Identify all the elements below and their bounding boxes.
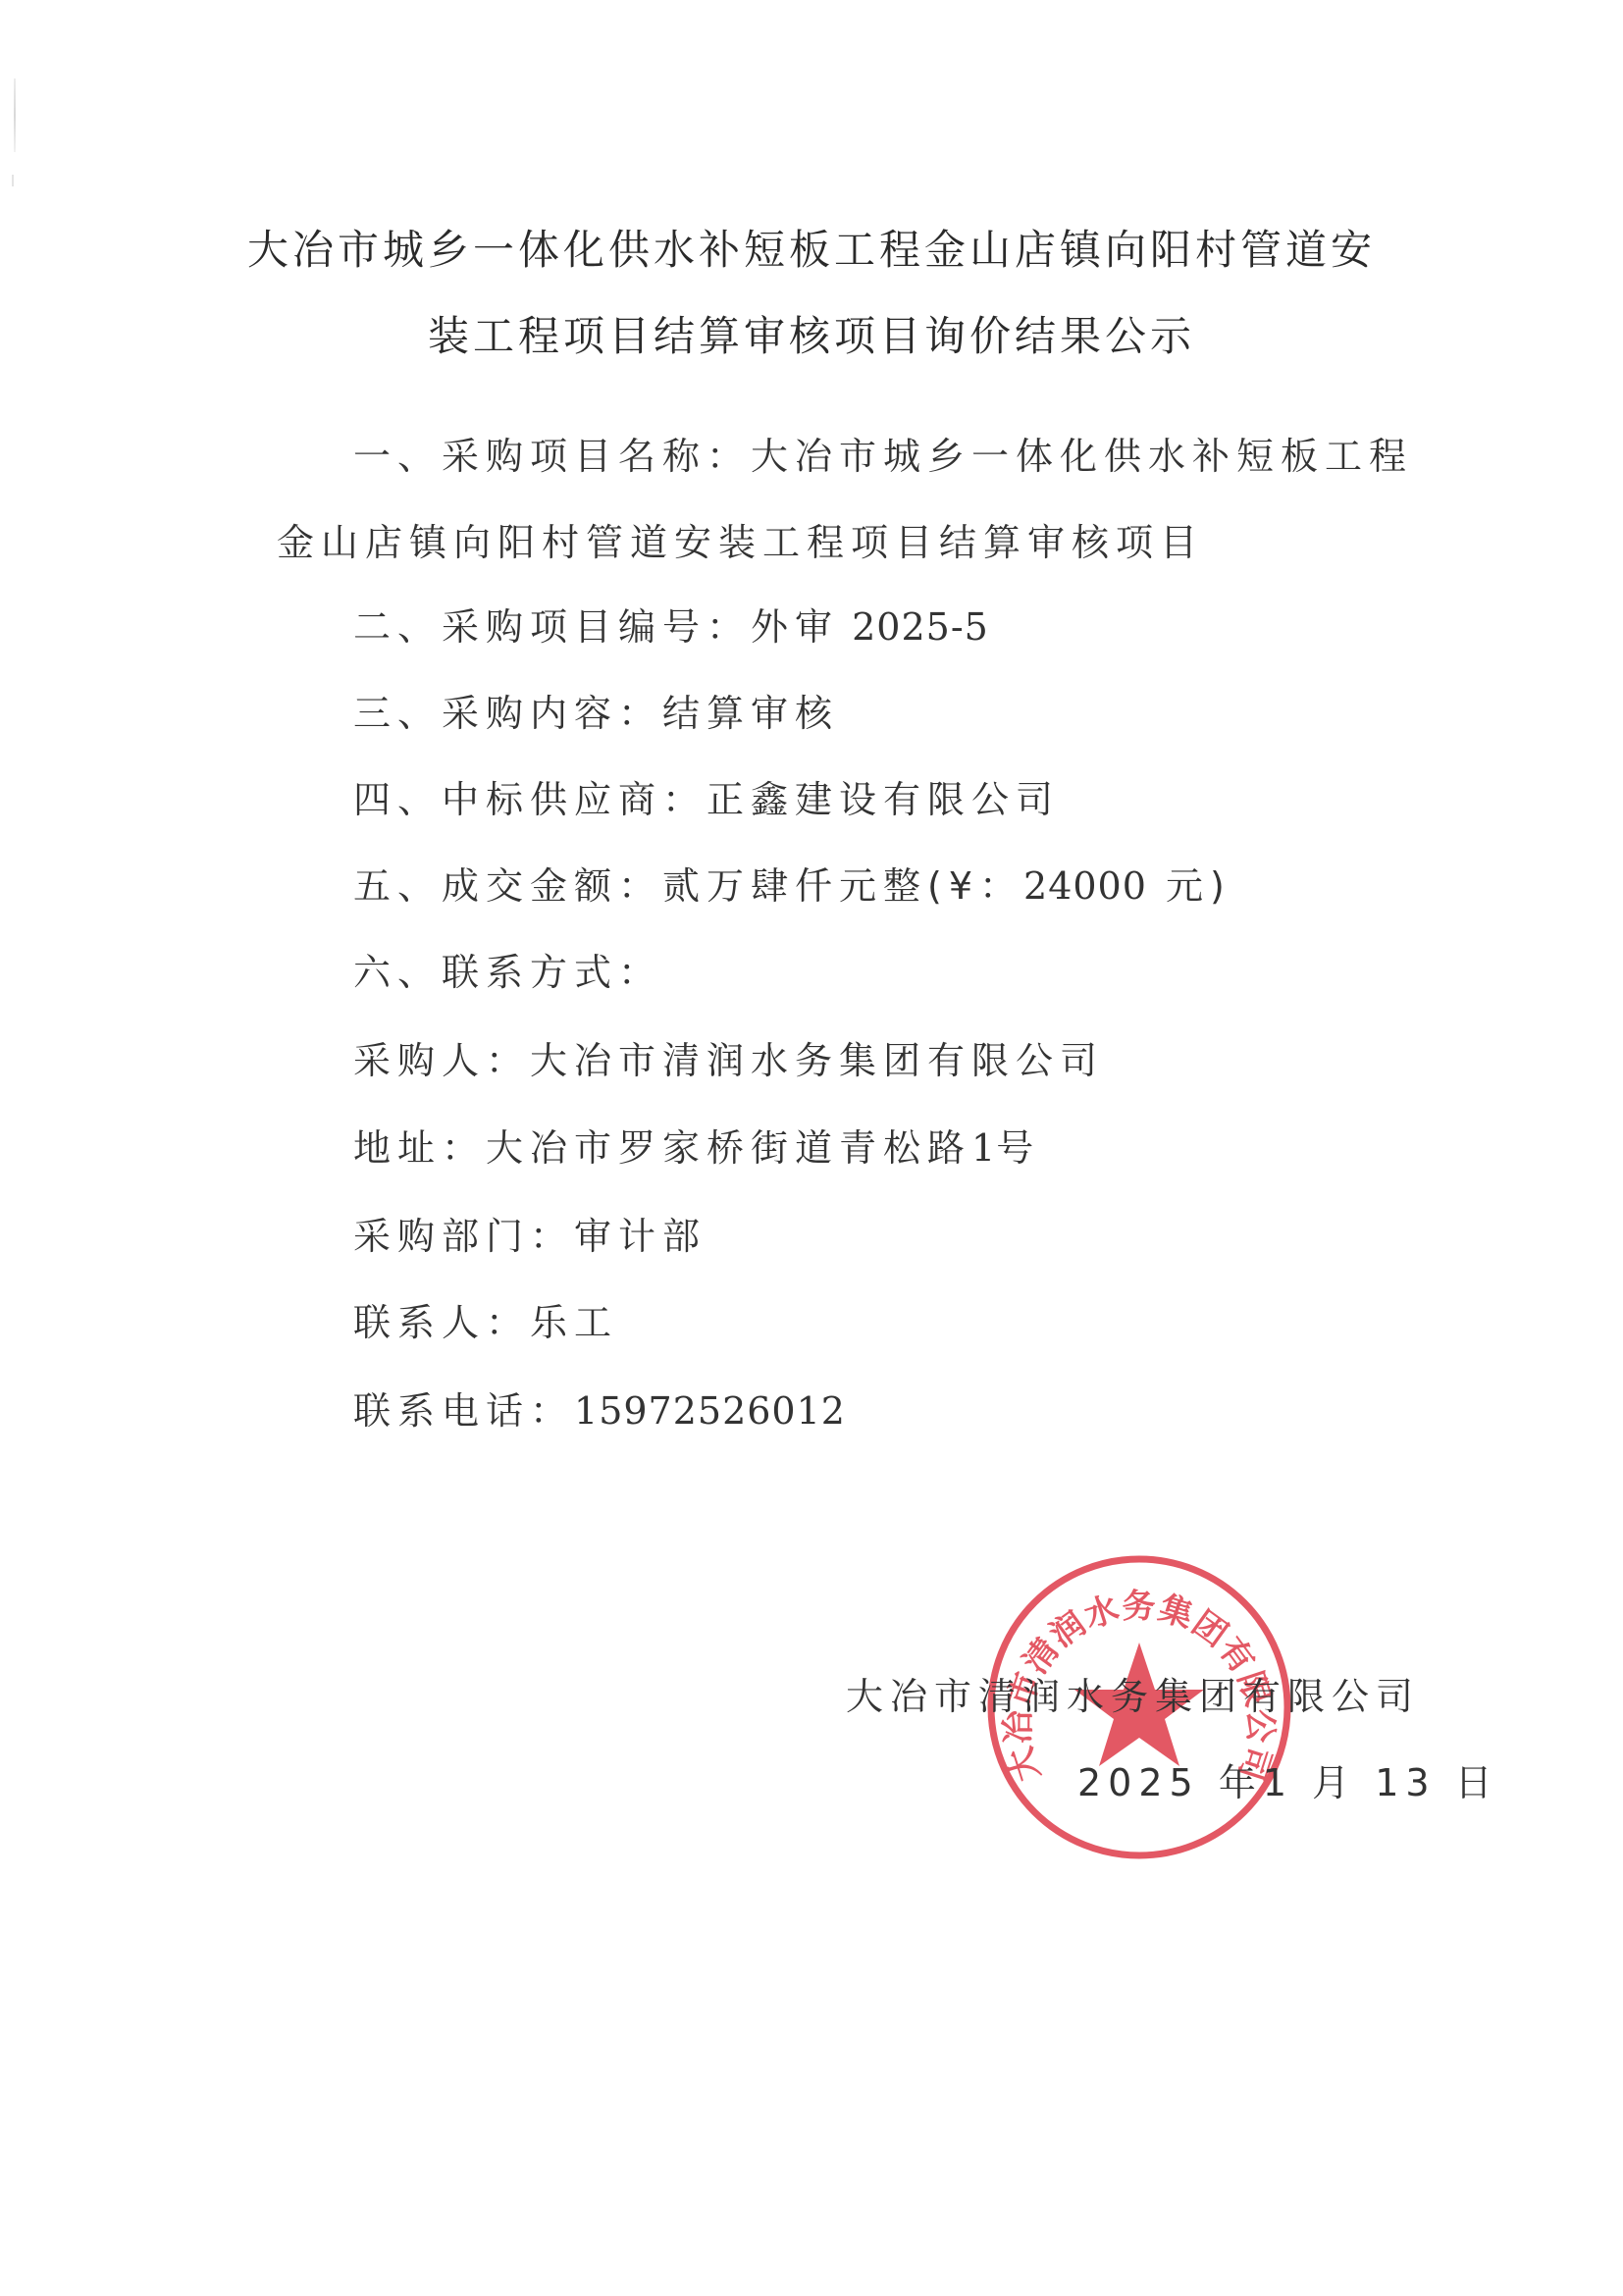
contact-label: 地址：	[353, 1126, 486, 1170]
item-value-number: 2025-5	[839, 605, 989, 649]
contact-value-suffix: 号	[996, 1126, 1040, 1170]
signature-organization: 大冶市清润水务集团有限公司	[846, 1678, 1420, 1715]
document-title-line-2: 装工程项目结算审核项目询价结果公示	[0, 304, 1623, 363]
document-title-line-1: 大冶市城乡一体化供水补短板工程金山店镇向阳村管道安	[0, 218, 1623, 277]
item-transaction-amount: 五、成交金额：贰万肆仟元整(¥：24000 元)	[353, 867, 1231, 905]
contact-purchaser: 采购人：大冶市清润水务集团有限公司	[353, 1042, 1104, 1079]
contact-phone: 联系电话：15972526012	[353, 1392, 846, 1430]
date-day-unit: 日	[1455, 1761, 1499, 1804]
item-value: 外审	[751, 605, 839, 649]
contact-label: 联系电话：	[353, 1389, 574, 1433]
item-label: 一、采购项目名称：	[353, 435, 751, 478]
item-winning-supplier: 四、中标供应商：正鑫建设有限公司	[353, 781, 1060, 818]
date-year: 2025	[1077, 1761, 1200, 1804]
contact-person: 联系人：乐工	[353, 1304, 618, 1341]
item-value: 正鑫建设有限公司	[707, 778, 1060, 821]
contact-value-number: 15972526012	[574, 1389, 846, 1433]
item-project-number: 二、采购项目编号：外审 2025-5	[353, 608, 989, 646]
contact-value: 乐工	[530, 1301, 618, 1344]
contact-value-number: 1	[971, 1126, 996, 1170]
date-month-unit: 月	[1312, 1761, 1356, 1804]
item-project-name-continuation: 金山店镇向阳村管道安装工程项目结算审核项目	[277, 524, 1204, 561]
contact-address: 地址：大冶市罗家桥街道青松路1号	[353, 1129, 1040, 1167]
item-contact-method: 六、联系方式：	[353, 954, 662, 991]
item-label: 六、联系方式：	[353, 951, 662, 994]
scan-artifact	[12, 175, 14, 186]
contact-value: 大冶市罗家桥街道青松路	[486, 1126, 971, 1170]
signature-date: 2025 年1 月 13 日	[1077, 1764, 1499, 1801]
item-value-suffix: 元)	[1147, 864, 1231, 908]
contact-value: 大冶市清润水务集团有限公司	[530, 1039, 1104, 1082]
item-label: 三、采购内容：	[353, 692, 662, 735]
item-value-number: 24000	[1023, 864, 1147, 908]
contact-value: 审计部	[574, 1215, 707, 1258]
contact-label: 采购人：	[353, 1039, 530, 1082]
date-year-unit: 年	[1219, 1761, 1263, 1804]
date-month: 1	[1263, 1761, 1293, 1804]
contact-label: 联系人：	[353, 1301, 530, 1344]
contact-label: 采购部门：	[353, 1215, 574, 1258]
item-label: 四、中标供应商：	[353, 778, 707, 821]
item-value: 贰万肆仟元整(¥：	[662, 864, 1023, 908]
item-procurement-content: 三、采购内容：结算审核	[353, 695, 839, 732]
item-value: 大冶市城乡一体化供水补短板工程	[751, 435, 1413, 478]
item-project-name: 一、采购项目名称：大冶市城乡一体化供水补短板工程	[353, 438, 1413, 475]
contact-department: 采购部门：审计部	[353, 1218, 707, 1255]
item-label: 二、采购项目编号：	[353, 605, 751, 649]
document-page: 大冶市城乡一体化供水补短板工程金山店镇向阳村管道安 装工程项目结算审核项目询价结…	[0, 0, 1623, 2296]
item-value: 结算审核	[662, 692, 839, 735]
date-day: 13	[1375, 1761, 1436, 1804]
item-label: 五、成交金额：	[353, 864, 662, 908]
scan-artifact	[14, 78, 16, 152]
